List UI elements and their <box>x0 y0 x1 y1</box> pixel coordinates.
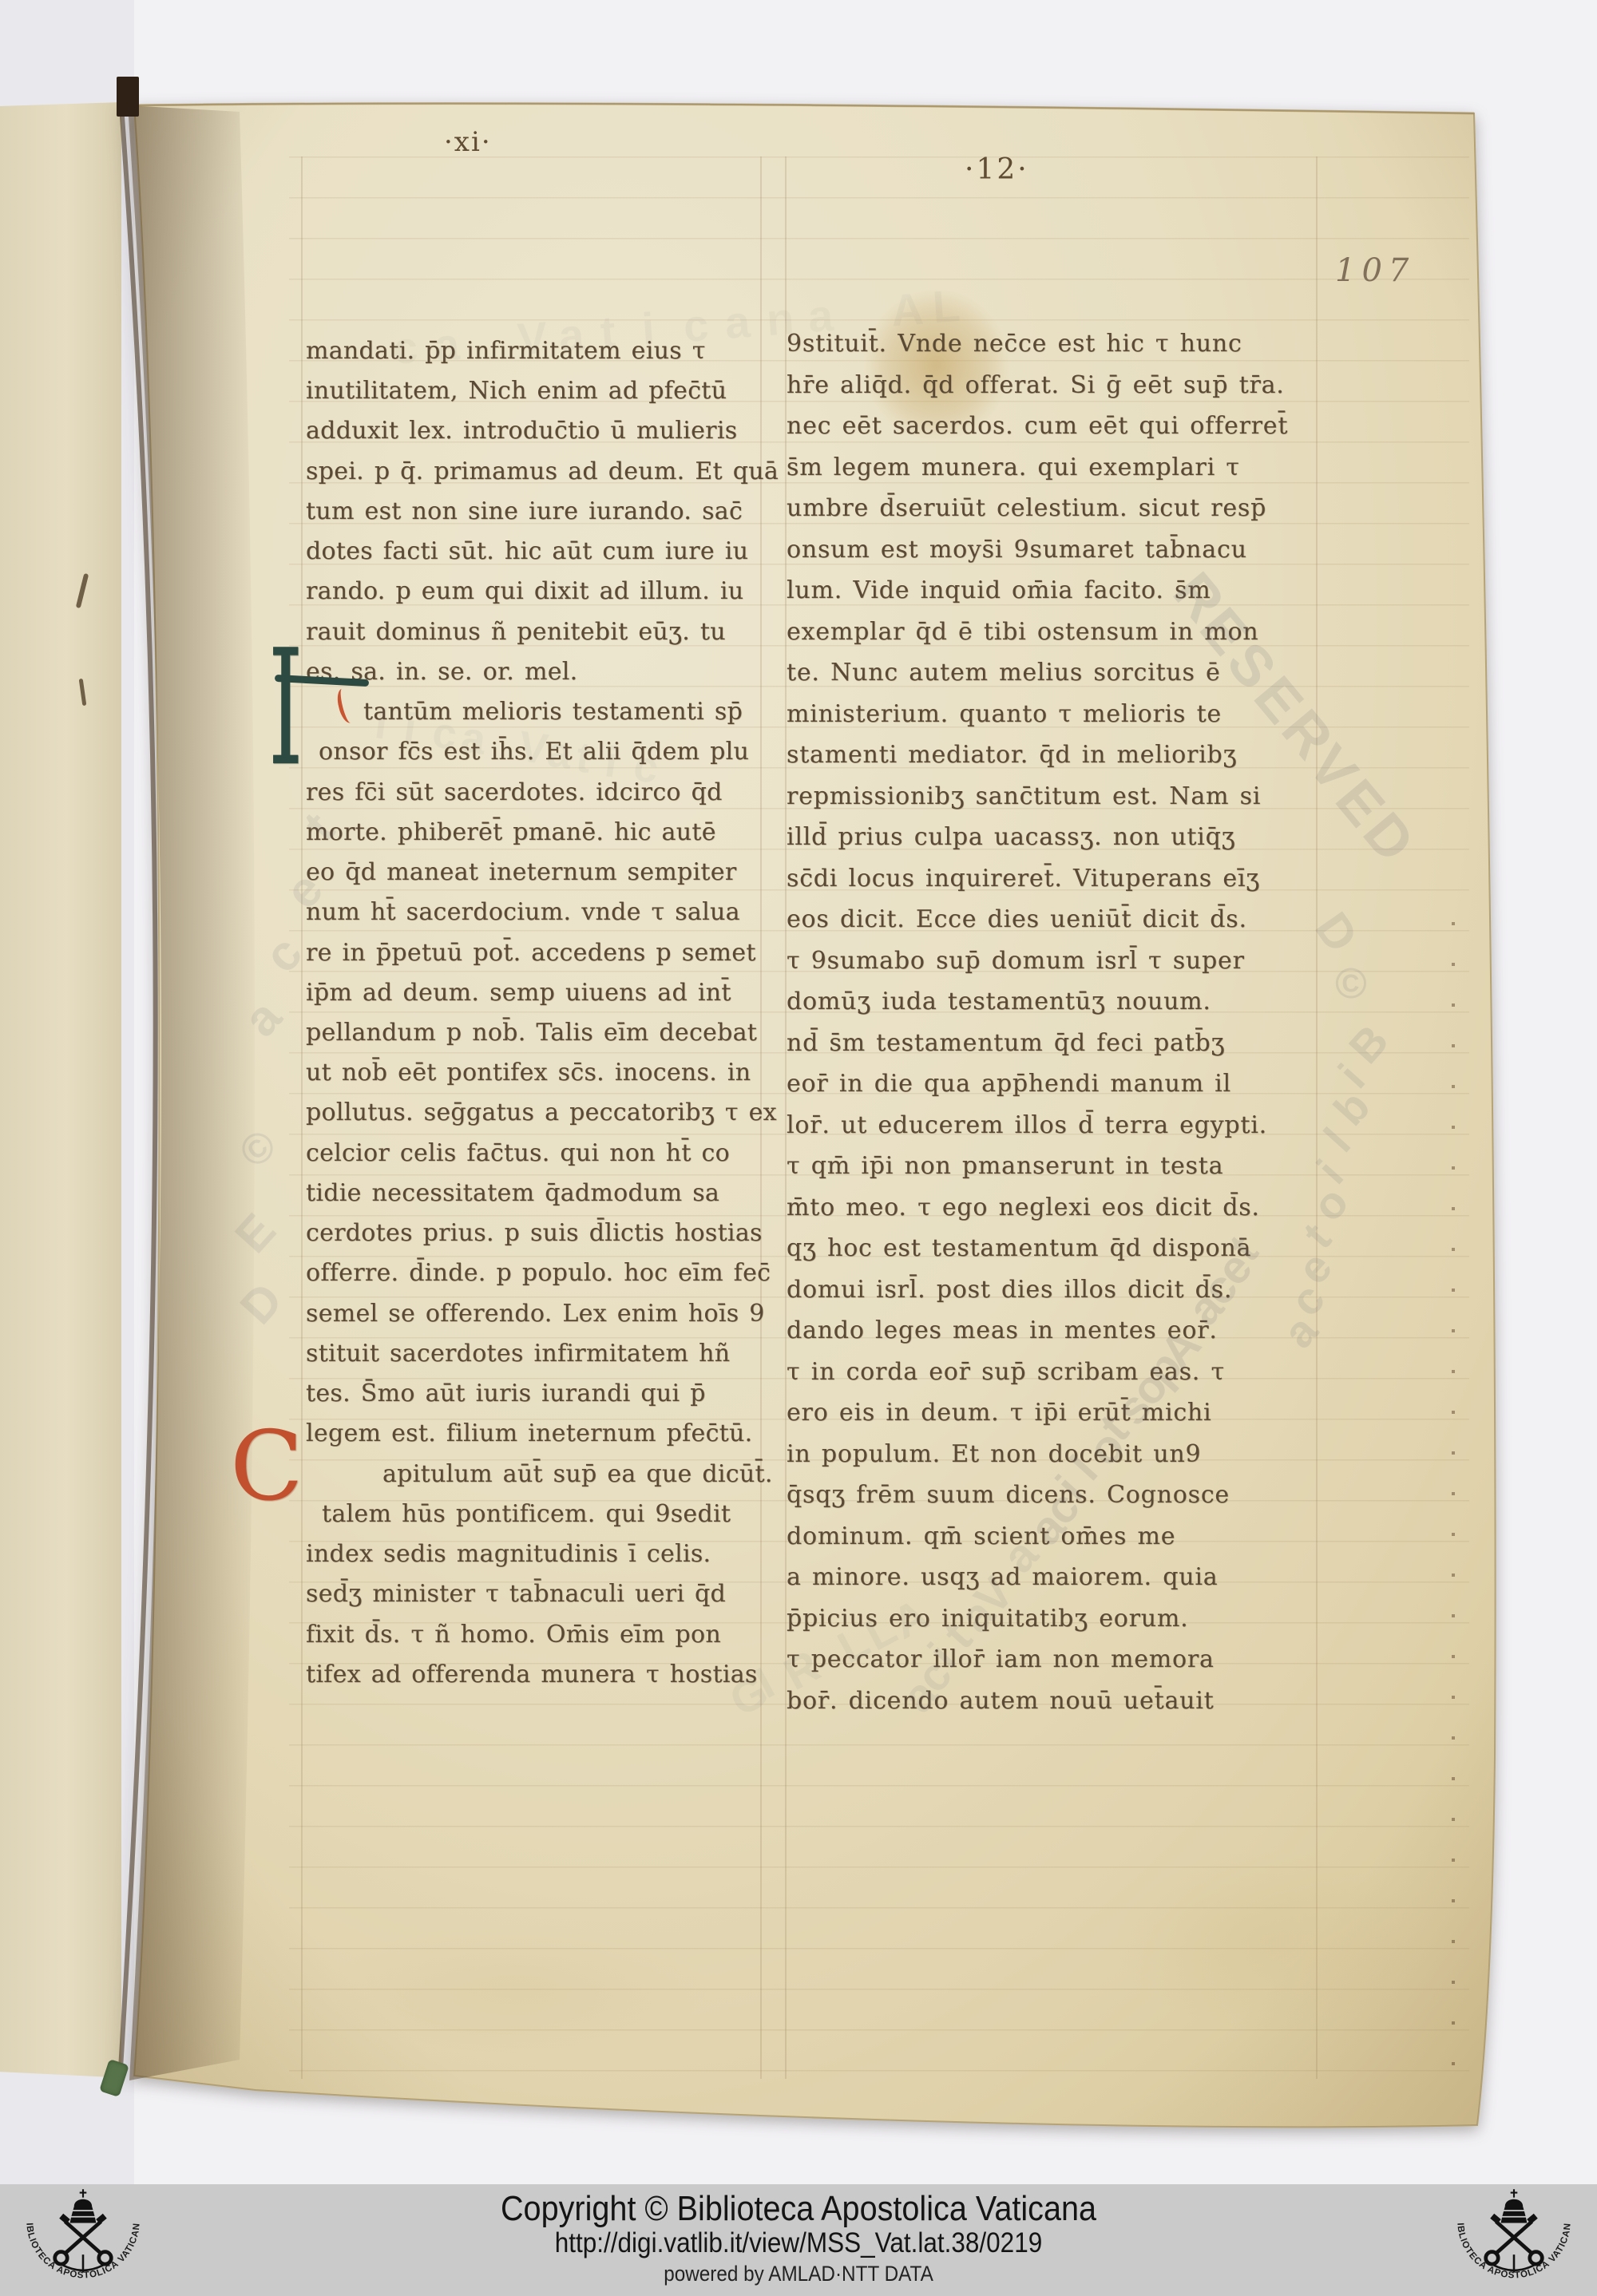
footer-powered-by: powered by AMLAD·NTT DATA <box>80 2259 1517 2288</box>
manuscript-text-line: ero eis in deum. τ ip̄i erūt̄ michi <box>787 1392 1318 1434</box>
manuscript-text-line: in populum. Et non docebit un9 <box>787 1434 1318 1475</box>
manuscript-text-line: stamenti mediator. q̄d in melioribʒ <box>787 734 1318 776</box>
manuscript-text-line: lor̄. ut educerem illos d̄ terra egypti. <box>787 1105 1318 1146</box>
vatican-library-logo-right: BIBLIOTECA APOSTOLICA VATICANA <box>1444 2186 1584 2294</box>
manuscript-text-line: m̄to meo. τ ego neglexi eos dicit d̄s. <box>787 1187 1318 1229</box>
manuscript-text-line: es. sa. in. se. or. mel. <box>306 652 767 692</box>
manuscript-text-line: tantūm melioris testamenti sp̄ <box>306 692 767 732</box>
manuscript-text-line: τ in corda eor̄ sup̄ scribam eas. τ <box>787 1352 1318 1393</box>
manuscript-text-line: sed̄ʒ minister τ tab̄naculi ueri q̄d <box>306 1574 767 1614</box>
manuscript-text-line: pollutus. seḡgatus a peccatoribʒ τ ex <box>306 1093 767 1133</box>
manuscript-text-line: ip̄m ad deum. semp uiuens ad int̄ <box>306 973 767 1013</box>
manuscript-text-line: res fc̄i sūt sacerdotes. idcirco q̄d <box>306 773 767 813</box>
manuscript-text-line: re in p̄petuū pot̄. accedens p semet <box>306 933 767 973</box>
manuscript-text-line: sc̄di locus inquireret̄. Vituperans eīʒ <box>787 858 1318 900</box>
manuscript-text-line: q̄sqʒ frēm suum dicens. Cognosce <box>787 1475 1318 1516</box>
footer-text-block: Copyright © Biblioteca Apostolica Vatica… <box>80 2184 1517 2288</box>
manuscript-text-line: ministerium. quanto τ melioris te <box>787 694 1318 735</box>
footer-url: http://digi.vatlib.it/view/MSS_Vat.lat.3… <box>80 2227 1517 2259</box>
manuscript-text-line: tum est non sine iure iurando. sac̄ <box>306 492 767 532</box>
manuscript-text-line: umbre d̄seruiūt celestium. sicut resp̄ <box>787 488 1318 529</box>
manuscript-text-line: semel se offerendo. Lex enim hoīs 9 <box>306 1294 767 1334</box>
manuscript-text-line: eo q̄d maneat ineternum sempiter <box>306 853 767 893</box>
ruling-vertical <box>301 156 303 2079</box>
rubricated-initial-C: C <box>230 1419 303 1515</box>
manuscript-text-line: tidie necessitatem q̄admodum sa <box>306 1174 767 1213</box>
manuscript-text-line: index sedis magnitudinis ī celis. <box>306 1534 767 1574</box>
manuscript-text-line: pellandum p nob̄. Talis eīm decebat <box>306 1013 767 1053</box>
footer-bar: BIBLIOTECA APOSTOLICA VATICANA Copyright… <box>0 2184 1597 2296</box>
manuscript-text-line: eor̄ in die qua app̄hendi manum il <box>787 1063 1318 1105</box>
manuscript-text-line: tifex ad offerenda munera τ hostias <box>306 1655 767 1695</box>
quire-mark: ·xi· <box>444 126 492 158</box>
manuscript-text-line: τ 9sumabo sup̄ domum isrl̄ τ super <box>787 940 1318 982</box>
manuscript-text-line: s̄m legem munera. qui exemplari τ <box>787 447 1318 489</box>
text-column-right: 9stituit̄. Vnde nec̄ce est hic τ hunchr̄… <box>787 323 1318 1721</box>
folio-number-pencil: 107 <box>1335 252 1415 289</box>
manuscript-text-line: dominum. qm̄ scient om̄es me <box>787 1516 1318 1558</box>
manuscript-text-line: τ qm̄ ip̄i non pmanserunt in testa <box>787 1146 1318 1187</box>
manuscript-text-line: domui isrl̄. post dies illos dicit d̄s. <box>787 1269 1318 1311</box>
manuscript-text-line: ut nob̄ eēt pontifex sc̄s. inocens. in <box>306 1053 767 1093</box>
manuscript-text-line: offerre. d̄inde. p populo. hoc eīm fec̄ <box>306 1253 767 1293</box>
manuscript-text-line: hr̄e aliq̄d. q̄d offerat. Si ḡ eēt sup̄ … <box>787 365 1318 406</box>
gutter-shadow <box>128 105 255 2080</box>
manuscript-text-line: domūʒ iuda testamentūʒ nouum. <box>787 981 1318 1023</box>
manuscript-text-line: nd̄ s̄m testamentum q̄d feci patb̄ʒ <box>787 1023 1318 1064</box>
manuscript-text-line: 9stituit̄. Vnde nec̄ce est hic τ hunc <box>787 323 1318 365</box>
manuscript-text-line: dando leges meas in mentes eor̄. <box>787 1310 1318 1352</box>
page-number-ink: ·12· <box>965 153 1029 186</box>
manuscript-text-line: τ peccator illor̄ iam non memora <box>787 1639 1318 1680</box>
manuscript-text-line: spei. p q̄. primamus ad deum. Et quā <box>306 452 767 492</box>
manuscript-text-line: eos dicit. Ecce dies ueniūt̄ dicit d̄s. <box>787 899 1318 940</box>
papal-tiara-icon <box>1501 2189 1528 2223</box>
manuscript-text-line: onsor fc̄s est ih̄s. Et alii q̄dem plu <box>306 732 767 772</box>
manuscript-text-line: adduxit lex. introduc̄tio ū mulieris <box>306 411 767 451</box>
digitized-manuscript-viewer: ·xi· ·12· 107 mandati. p̄p infirmitatem … <box>0 0 1597 2296</box>
text-column-left: mandati. p̄p infirmitatem eius τinutilit… <box>306 331 767 1695</box>
manuscript-text-line: celcior celis fac̄tus. qui non ht̄ co <box>306 1134 767 1174</box>
manuscript-text-line: legem est. filium ineternum pfec̄tū. <box>306 1414 767 1454</box>
manuscript-text-line: rando. p eum qui dixit ad illum. iu <box>306 572 767 612</box>
manuscript-text-line: lum. Vide inquid om̄ia facito. s̄m <box>787 570 1318 612</box>
manuscript-text-line: fixit d̄s. τ ñ homo. Om̄is eīm pon <box>306 1615 767 1655</box>
illuminated-initial-I: I <box>268 629 303 789</box>
manuscript-text-line: mandati. p̄p infirmitatem eius τ <box>306 331 767 371</box>
manuscript-text-line: nec eēt sacerdos. cum eēt qui offerret̄ <box>787 406 1318 447</box>
manuscript-text-line: bor̄. dicendo autem nouū uet̄auit <box>787 1680 1318 1722</box>
manuscript-text-line: a minore. usqʒ ad maiorem. quia <box>787 1557 1318 1598</box>
pricking-holes <box>1452 922 1455 2080</box>
manuscript-text-line: repmissionibʒ sanc̄titum est. Nam si <box>787 776 1318 817</box>
manuscript-text-line: p̄picius ero iniquitatibʒ eorum. <box>787 1598 1318 1640</box>
manuscript-text-line: illd̄ prius culpa uacassʒ. non utiq̄ʒ <box>787 817 1318 858</box>
manuscript-text-line: stituit sacerdotes infirmitatem hñ <box>306 1334 767 1374</box>
footer-copyright: Copyright © Biblioteca Apostolica Vatica… <box>80 2191 1517 2227</box>
binding-notch <box>117 77 139 117</box>
manuscript-text-line: qʒ hoc est testamentum q̄d disponā <box>787 1228 1318 1269</box>
manuscript-text-line: cerdotes prius. p suis d̄lictis hostias <box>306 1213 767 1253</box>
manuscript-text-line: dotes facti sūt. hic aūt cum iure iu <box>306 532 767 572</box>
manuscript-text-line: rauit dominus ñ penitebit eūʒ. tu <box>306 612 767 652</box>
manuscript-text-line: apitulum aūt̄ sup̄ ea que dicūt̄. <box>306 1455 767 1494</box>
manuscript-text-line: talem hūs pontificem. qui 9sedit <box>306 1494 767 1534</box>
manuscript-text-line: num ht̄ sacerdocium. vnde τ salua <box>306 893 767 932</box>
manuscript-text-line: onsum est moys̄i 9sumaret tab̄nacu <box>787 529 1318 571</box>
manuscript-text-line: exemplar q̄d ē tibi ostensum in mon <box>787 612 1318 653</box>
manuscript-text-line: te. Nunc autem melius sorcitus ē <box>787 652 1318 694</box>
manuscript-text-line: morte. phiberēt̄ pmanē. hic autē <box>306 813 767 853</box>
manuscript-text-line: tes. S̄mo aūt iuris iurandi qui p̄ <box>306 1374 767 1414</box>
manuscript-text-line: inutilitatem, Nich enim ad pfec̄tū <box>306 371 767 411</box>
